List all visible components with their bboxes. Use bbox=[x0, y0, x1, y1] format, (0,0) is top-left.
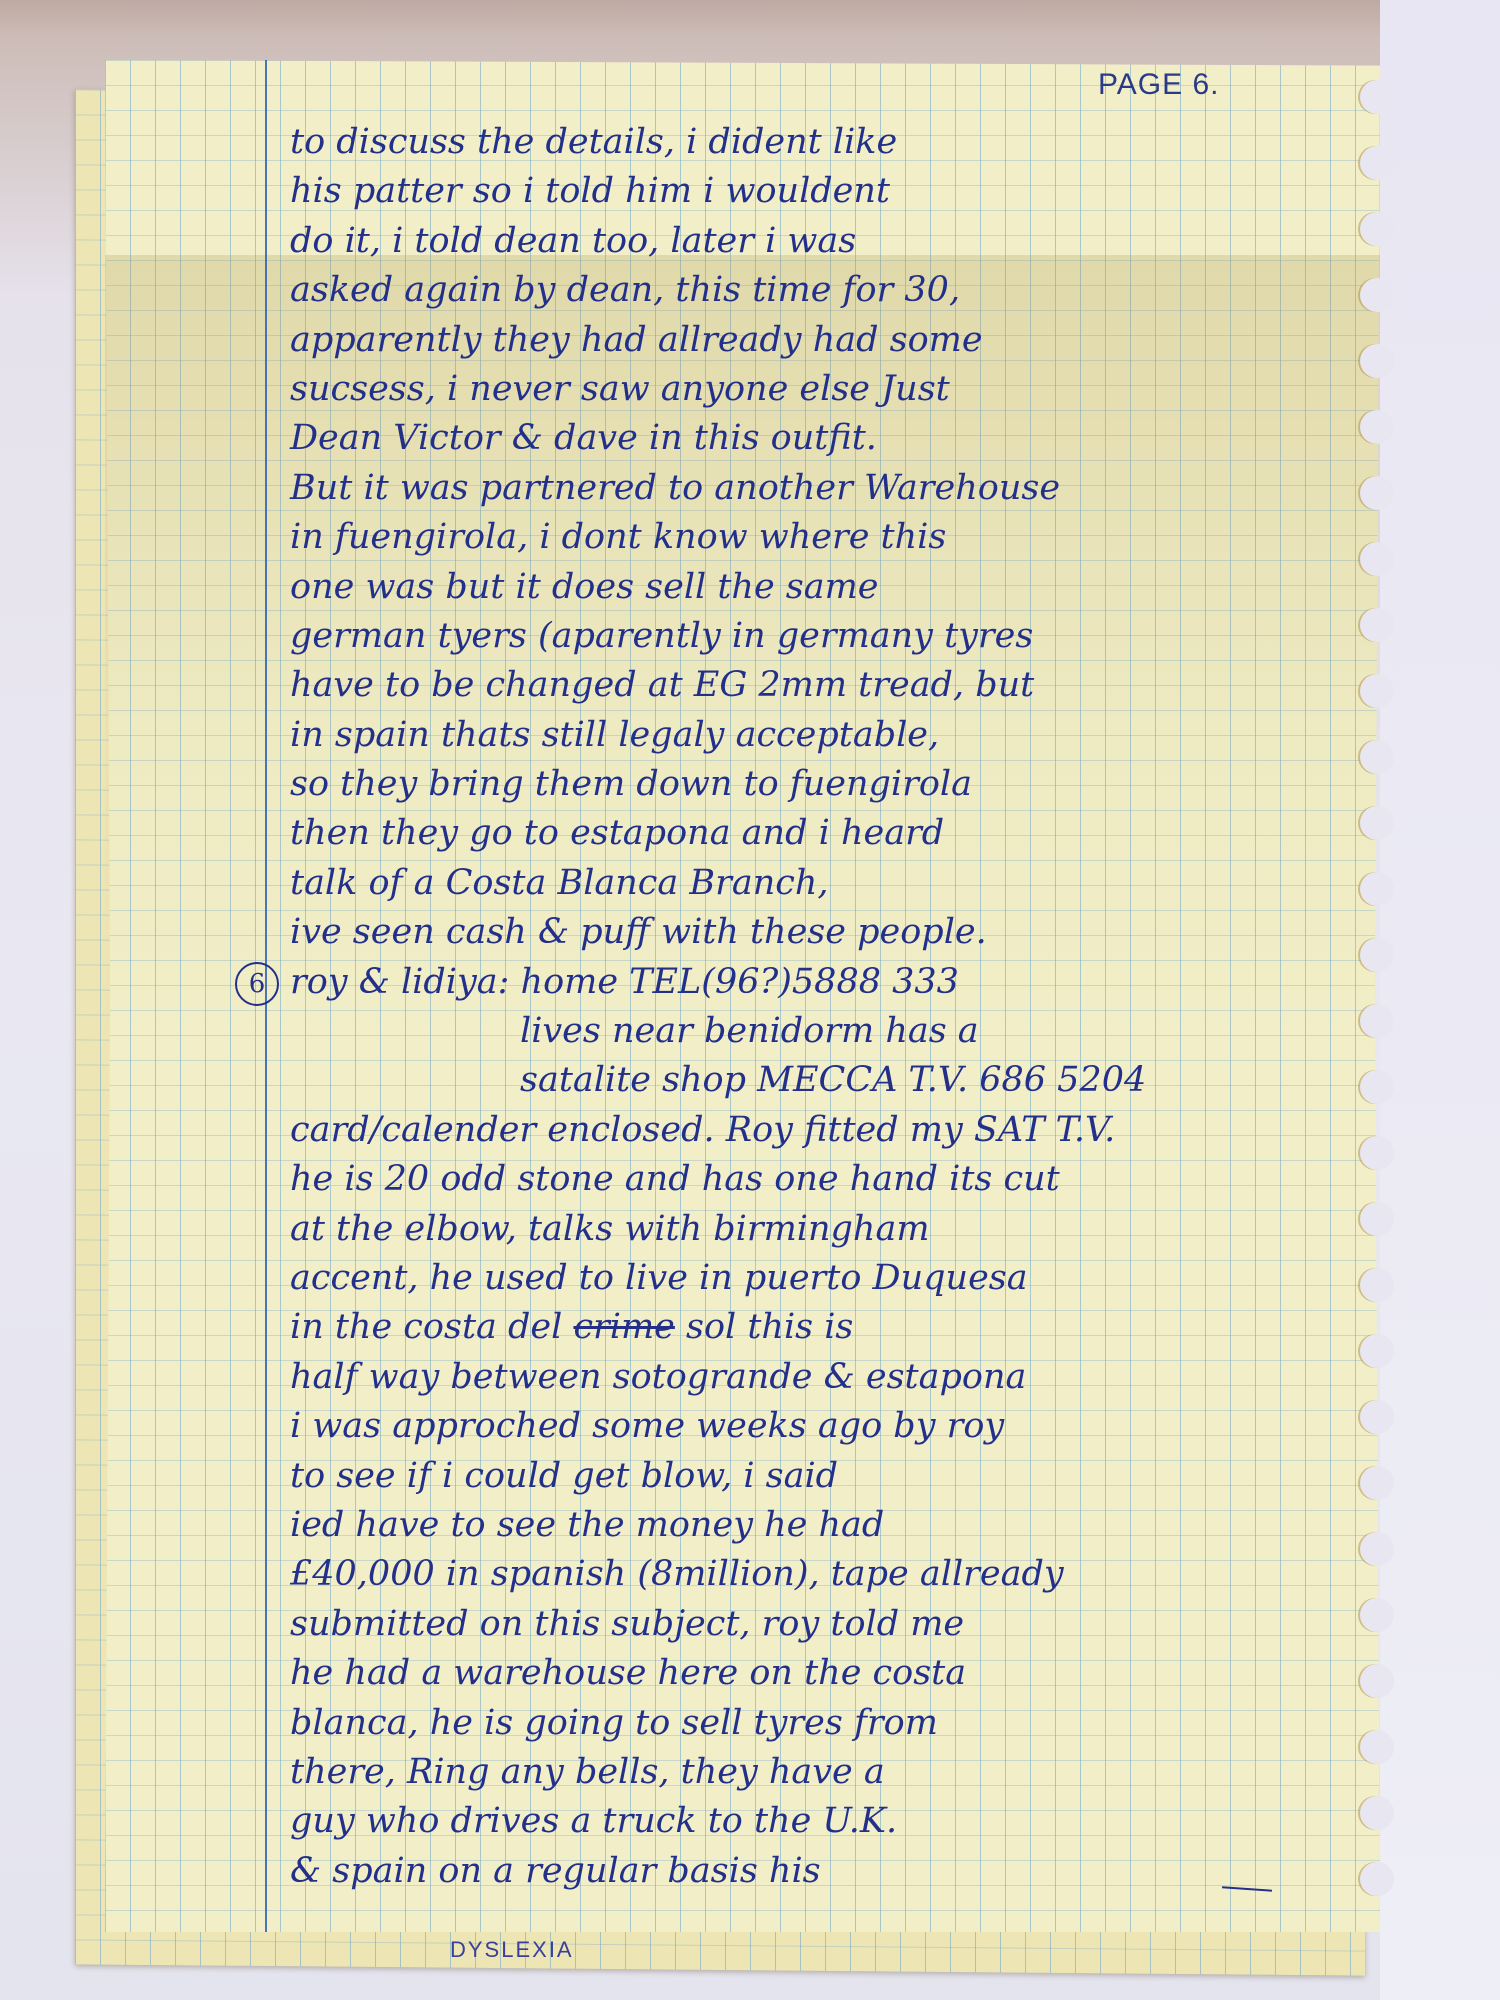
perforation-hole bbox=[1360, 1136, 1394, 1170]
item-6-lines: roy & lidiya: home TEL(96?)5888 333lives… bbox=[290, 958, 1350, 1304]
perforation-hole bbox=[1360, 872, 1394, 906]
perforation-hole bbox=[1360, 1730, 1394, 1764]
perforation-hole bbox=[1360, 938, 1394, 972]
text-line: accent, he used to live in puerto Duques… bbox=[290, 1254, 1350, 1303]
text-line: apparently they had allready had some bbox=[290, 316, 1350, 365]
text-line: submitted on this subject, roy told me bbox=[290, 1600, 1350, 1649]
footer-note: DYSLEXIA bbox=[450, 1937, 574, 1963]
text-line: at the elbow, talks with birmingham bbox=[290, 1205, 1350, 1254]
perforation-hole bbox=[1360, 80, 1394, 114]
text-line: & spain on a regular basis his bbox=[290, 1847, 1350, 1896]
text-line: lives near benidorm has a bbox=[290, 1007, 1350, 1056]
perforation-hole bbox=[1360, 1334, 1394, 1368]
perforation-hole bbox=[1360, 1400, 1394, 1434]
perforation-hole bbox=[1360, 476, 1394, 510]
perforation-hole bbox=[1360, 1466, 1394, 1500]
text-line: in fuengirola, i dont know where this bbox=[290, 513, 1350, 562]
perforation-hole bbox=[1360, 608, 1394, 642]
perforation-hole bbox=[1360, 542, 1394, 576]
text-line: sucsess, i never saw anyone else Just bbox=[290, 365, 1350, 414]
struck-word: crime bbox=[573, 1307, 674, 1347]
perforation-hole bbox=[1360, 146, 1394, 180]
perforation-hole bbox=[1360, 1202, 1394, 1236]
backdrop bbox=[1380, 0, 1500, 2000]
text-line: so they bring them down to fuengirola bbox=[290, 760, 1350, 809]
handwritten-text: to discuss the details, i dident likehis… bbox=[290, 118, 1350, 1896]
text-line: then they go to estapona and i heard bbox=[290, 809, 1350, 858]
crime-line: in the costa del crime sol this is bbox=[290, 1303, 1350, 1352]
circled-number-marker: 6 bbox=[235, 962, 279, 1006]
perforation-hole bbox=[1360, 212, 1394, 246]
text-line: ive seen cash & puff with these people. bbox=[290, 908, 1350, 957]
text-line: to discuss the details, i dident like bbox=[290, 118, 1350, 167]
paragraph-1: to discuss the details, i dident likehis… bbox=[290, 118, 1350, 958]
text-line: guy who drives a truck to the U.K. bbox=[290, 1797, 1350, 1846]
item-6-block: 6 roy & lidiya: home TEL(96?)5888 333liv… bbox=[290, 958, 1350, 1896]
item-6-lines-continued: half way between sotogrande & estaponai … bbox=[290, 1353, 1350, 1896]
perforation-hole bbox=[1360, 1862, 1394, 1896]
perforation-hole bbox=[1360, 674, 1394, 708]
perforation-hole bbox=[1360, 1004, 1394, 1038]
text-line: i was approched some weeks ago by roy bbox=[290, 1402, 1350, 1451]
perforation-hole bbox=[1360, 740, 1394, 774]
perforation-hole bbox=[1360, 278, 1394, 312]
text-line: talk of a Costa Blanca Branch, bbox=[290, 859, 1350, 908]
text-line: roy & lidiya: home TEL(96?)5888 333 bbox=[290, 958, 1350, 1007]
text-line: do it, i told dean too, later i was bbox=[290, 217, 1350, 266]
text-line: he is 20 odd stone and has one hand its … bbox=[290, 1155, 1350, 1204]
text-line: £40,000 in spanish (8million), tape allr… bbox=[290, 1550, 1350, 1599]
text-line: card/calender enclosed. Roy fitted my SA… bbox=[290, 1106, 1350, 1155]
perforation-hole bbox=[1360, 410, 1394, 444]
crime-line-before: in the costa del bbox=[290, 1307, 573, 1347]
perforation-hole bbox=[1360, 1598, 1394, 1632]
text-line: satalite shop MECCA T.V. 686 5204 bbox=[290, 1056, 1350, 1105]
text-line: there, Ring any bells, they have a bbox=[290, 1748, 1350, 1797]
page-number: PAGE 6. bbox=[1098, 68, 1220, 102]
perforation-hole bbox=[1360, 1268, 1394, 1302]
text-line: Dean Victor & dave in this outfit. bbox=[290, 414, 1350, 463]
text-line: ied have to see the money he had bbox=[290, 1501, 1350, 1550]
perforation-hole bbox=[1360, 1796, 1394, 1830]
text-line: one was but it does sell the same bbox=[290, 563, 1350, 612]
text-line: have to be changed at EG 2mm tread, but bbox=[290, 661, 1350, 710]
perforation-hole bbox=[1360, 1070, 1394, 1104]
text-line: to see if i could get blow, i said bbox=[290, 1452, 1350, 1501]
text-line: german tyers (aparently in germany tyres bbox=[290, 612, 1350, 661]
text-line: in spain thats still legaly acceptable, bbox=[290, 711, 1350, 760]
text-line: But it was partnered to another Warehous… bbox=[290, 464, 1350, 513]
text-line: he had a warehouse here on the costa bbox=[290, 1649, 1350, 1698]
text-line: his patter so i told him i wouldent bbox=[290, 167, 1350, 216]
perforation-hole bbox=[1360, 1664, 1394, 1698]
perforation-hole bbox=[1360, 806, 1394, 840]
text-line: blanca, he is going to sell tyres from bbox=[290, 1699, 1350, 1748]
perforation-hole bbox=[1360, 1532, 1394, 1566]
perforation-hole bbox=[1360, 344, 1394, 378]
text-line: asked again by dean, this time for 30, bbox=[290, 266, 1350, 315]
crime-line-after: sol this is bbox=[675, 1307, 854, 1347]
text-line: half way between sotogrande & estapona bbox=[290, 1353, 1350, 1402]
